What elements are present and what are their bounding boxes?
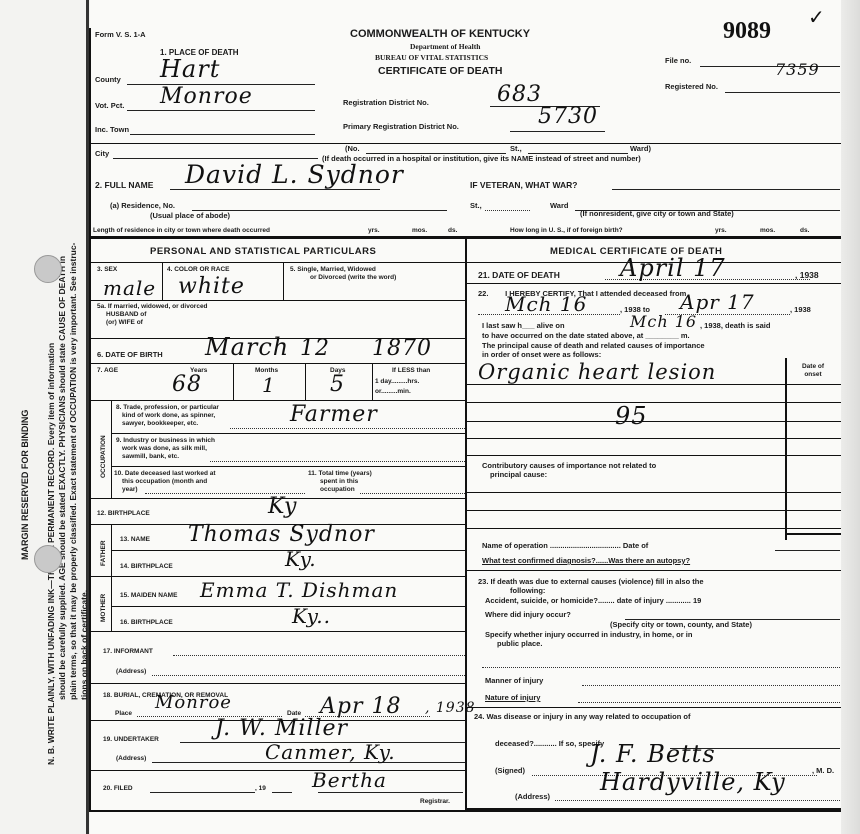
manner-label: Manner of injury	[485, 677, 543, 685]
dob-year: 1870	[372, 336, 432, 361]
undertaker-address-label: (Address)	[116, 755, 146, 763]
accident-label: Accident, suicide, or homicide?........ …	[485, 597, 701, 605]
undertaker-address-value: Canmer, Ky.	[265, 740, 396, 764]
inc-town-label: Inc. Town	[95, 125, 129, 134]
nature-label: Nature of injury	[485, 694, 540, 702]
county-label: County	[95, 75, 121, 84]
residence-st: St.,	[470, 201, 482, 210]
date-of-death-label: 21. DATE OF DEATH	[478, 270, 560, 280]
last-worked-3: year)	[122, 486, 138, 494]
days-value: 5	[330, 372, 345, 397]
signed-label: (Signed)	[495, 767, 525, 775]
less-day-label: 1 day.........hrs.	[375, 378, 419, 386]
where-injury-label: Where did injury occur?	[485, 611, 571, 619]
undertaker-label: 19. UNDERTAKER	[103, 736, 159, 744]
date-of-onset-label: Date of onset	[793, 363, 833, 378]
county-value: Hart	[160, 55, 220, 83]
spouse-label-3: (or) WIFE of	[106, 319, 143, 327]
full-name-value: David L. Sydnor	[185, 160, 404, 189]
dob-day: 12	[300, 336, 330, 361]
st-label: St.,	[510, 144, 522, 153]
trade-label-2: kind of work done, as spinner,	[122, 412, 215, 420]
father-birthplace-label: 14. BIRTHPLACE	[120, 563, 173, 571]
cause-duration: 95	[615, 402, 648, 430]
address-value: Hardyville, Ky	[600, 768, 786, 796]
marital-label-1: 5. Single, Married, Widowed	[290, 266, 376, 274]
length-residence: Length of residence in city or town wher…	[93, 227, 270, 235]
spouse-label-1: 5a. If married, widowed, or divorced	[97, 303, 208, 311]
ds-label-2: ds.	[800, 227, 809, 235]
punch-hole-top	[34, 255, 62, 283]
margin-reserved-text: MARGIN RESERVED FOR BINDING	[20, 410, 30, 560]
mos-label-2: mos.	[760, 227, 775, 235]
less-min-label: or.........min.	[375, 388, 411, 396]
foreign-birth-label: How long in U. S., if of foreign birth?	[510, 227, 623, 235]
contributory-2: principal cause:	[490, 471, 547, 479]
total-time-3: occupation	[320, 486, 355, 494]
signed-value: J. F. Betts	[590, 740, 716, 768]
filed-label: 20. FILED	[103, 785, 133, 793]
ds-label-1: ds.	[448, 227, 457, 235]
bureau: BUREAU OF VITAL STATISTICS	[375, 53, 488, 62]
form-number: Form V. S. 1-A	[95, 30, 146, 39]
margin-instructions-4: tions on back of certificate.	[79, 590, 89, 700]
burial-place-label: Place	[115, 710, 132, 718]
principal-cause-2: in order of onset were as follows:	[482, 351, 601, 359]
md-label: , M. D.	[812, 767, 834, 775]
mother-maiden-label: 15. MAIDEN NAME	[120, 592, 177, 600]
filed-year-prefix: , 19	[255, 785, 266, 793]
address-label: (Address)	[515, 793, 550, 801]
total-time-2: spent in this	[320, 478, 358, 486]
punch-hole-bottom	[34, 545, 62, 573]
city-label: City	[95, 149, 109, 158]
specify-2: public place.	[497, 640, 542, 648]
trade-value: Farmer	[290, 402, 378, 427]
primary-registration-value: 5730	[538, 104, 598, 129]
yrs-label-1: yrs.	[368, 227, 380, 235]
contributory-1: Contributory causes of importance not re…	[482, 462, 656, 470]
mother-side-label: MOTHER	[100, 594, 107, 622]
registrar-value: Bertha	[312, 768, 387, 792]
external-causes-1: 23. If death was due to external causes …	[478, 578, 704, 586]
dob-label: 6. DATE OF BIRTH	[97, 350, 163, 359]
dob-month: March	[205, 333, 289, 361]
principal-cause-1: The principal cause of death and related…	[482, 342, 705, 350]
attended-from: Mch 16	[505, 292, 587, 316]
mother-birthplace-value: Ky..	[292, 604, 331, 628]
column-divider	[465, 238, 467, 810]
father-side-label: FATHER	[100, 540, 107, 566]
mother-birthplace-label: 16. BIRTHPLACE	[120, 619, 173, 627]
father-name-value: Thomas Sydnor	[188, 522, 375, 547]
registered-no-label: Registered No.	[665, 82, 718, 91]
industry-label-1: 9. Industry or business in which	[116, 437, 215, 445]
check-mark: ✓	[808, 5, 826, 29]
occurred-line: to have occurred on the date stated abov…	[482, 332, 690, 340]
informant-label: 17. INFORMANT	[103, 648, 153, 656]
trade-label-3: sawyer, bookkeeper, etc.	[122, 420, 198, 428]
race-label: 4. COLOR OR RACE	[167, 266, 229, 274]
cause-value: Organic heart lesion	[478, 360, 716, 384]
no-label: (No.	[345, 144, 360, 153]
spouse-label-2: HUSBAND of	[106, 311, 146, 319]
mother-maiden-value: Emma T. Dishman	[200, 578, 398, 602]
occupation-question: 24. Was disease or injury in any way rel…	[474, 713, 690, 721]
burial-year-value: , 1938	[425, 700, 476, 716]
attended-to: Apr 17	[680, 290, 755, 314]
residence-label: (a) Residence, No.	[110, 201, 175, 210]
birthplace-label: 12. BIRTHPLACE	[97, 510, 150, 518]
occupation-side-label: OCCUPATION	[100, 435, 107, 478]
date-of-death-value: April 17	[620, 254, 726, 282]
yrs-label-2: yrs.	[715, 227, 727, 235]
test-label: What test confirmed diagnosis?......Was …	[482, 557, 690, 565]
father-birthplace-value: Ky.	[285, 547, 317, 571]
stamp-number: 9089	[723, 18, 771, 45]
less-than-label: If LESS than	[392, 367, 430, 375]
last-worked-1: 10. Date deceased last worked at	[114, 470, 216, 478]
veteran-label: IF VETERAN, WHAT WAR?	[470, 180, 578, 190]
margin-instructions-3: plain terms, so that it may be properly …	[68, 243, 78, 700]
registration-district-label: Registration District No.	[343, 98, 429, 107]
page-edge	[841, 0, 860, 834]
birthplace-value: Ky	[268, 494, 297, 519]
last-saw-year: , 1938, death is said	[700, 322, 770, 330]
file-no-value: 7359	[775, 60, 820, 79]
industry-label-3: sawmill, bank, etc.	[122, 453, 179, 461]
primary-registration-label: Primary Registration District No.	[343, 122, 459, 131]
operation-label: Name of operation ......................…	[482, 542, 648, 550]
industry-label-2: work was done, as silk mill,	[122, 445, 207, 453]
registrar-label: Registrar.	[420, 798, 450, 806]
sex-label: 3. SEX	[97, 266, 117, 274]
attended-to-year: , 1938	[790, 306, 811, 314]
race-value: white	[178, 274, 245, 299]
vot-pct-value: Monroe	[160, 84, 253, 109]
total-time-1: 11. Total time (years)	[308, 470, 372, 478]
last-saw-value: Mch 16	[630, 312, 697, 331]
burial-place-value: Monroe	[155, 692, 232, 713]
residence-ward: Ward	[550, 201, 568, 210]
years-value: 68	[172, 372, 202, 397]
specify-1: Specify whether injury occurred in indus…	[485, 631, 692, 639]
trade-label-1: 8. Trade, profession, or particular	[116, 404, 219, 412]
marital-label-2: or Divorced (write the word)	[310, 274, 396, 282]
personal-heading: PERSONAL AND STATISTICAL PARTICULARS	[150, 246, 376, 257]
margin-instructions-2: should be carefully supplied. AGE should…	[57, 256, 67, 700]
full-name-label: 2. FULL NAME	[95, 180, 153, 190]
external-causes-2: following:	[510, 587, 545, 595]
deceased-specify-label: deceased?........... If so, specify	[495, 740, 604, 748]
registration-district-value: 683	[497, 82, 542, 107]
date-of-death-year: , 1938	[795, 270, 819, 280]
months-value: 1	[262, 373, 276, 397]
residence-sub: (Usual place of abode)	[150, 211, 230, 220]
state-title: COMMONWEALTH OF KENTUCKY	[350, 28, 530, 40]
last-saw-label: I last saw h___ alive on	[482, 322, 565, 330]
father-name-label: 13. NAME	[120, 536, 150, 544]
department: Department of Health	[410, 42, 480, 51]
last-worked-2: this occupation (month and	[122, 478, 207, 486]
age-label: 7. AGE	[97, 367, 118, 375]
vot-pct-label: Vot. Pct.	[95, 101, 124, 110]
where-injury-note: (Specify city or town, county, and State…	[610, 621, 752, 629]
informant-address-label: (Address)	[116, 668, 146, 676]
ward-label: Ward)	[630, 144, 651, 153]
sex-value: male	[103, 276, 156, 300]
certificate-title: CERTIFICATE OF DEATH	[378, 65, 502, 77]
file-no-label: File no.	[665, 56, 691, 65]
undertaker-value: J. W. Miller	[215, 716, 348, 741]
nonresident-note: (If nonresident, give city or town and S…	[580, 209, 734, 218]
mos-label-1: mos.	[412, 227, 427, 235]
